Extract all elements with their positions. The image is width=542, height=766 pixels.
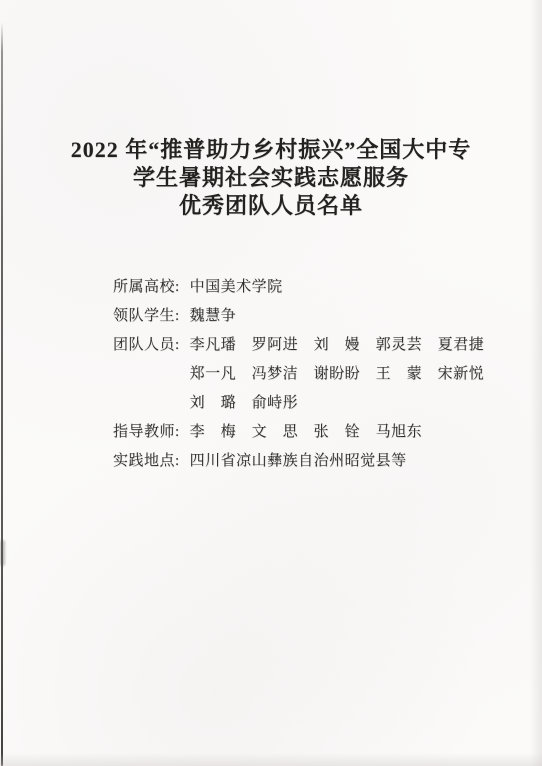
instructor-names: 李 梅 文 思 张 铨 马旭东 [190, 418, 542, 447]
field-value-practice-location: 四川省凉山彝族自治州昭觉县等 [190, 447, 542, 476]
document-title: 2022 年“推普助力乡村振兴”全国大中专 学生暑期社会实践志愿服务 优秀团队人… [0, 0, 542, 220]
team-leader-name: 魏慧争 [190, 302, 542, 331]
field-value-university: 中国美术学院 [190, 273, 542, 302]
field-row-team-leader: 领队学生: 魏慧争 [113, 302, 542, 331]
info-fields: 所属高校: 中国美术学院 领队学生: 魏慧争 团队人员: 李凡璠 罗阿进 刘 嫚… [113, 273, 542, 476]
field-value-team-leader: 魏慧争 [190, 302, 542, 331]
field-label-practice-location: 实践地点: [113, 447, 180, 476]
field-value-team-members: 李凡璠 罗阿进 刘 嫚 郭灵芸 夏君捷 郑一凡 冯梦洁 谢盼盼 王 蒙 宋新悦 … [190, 331, 542, 418]
scan-edge-line [1, 22, 3, 766]
field-label-instructors: 指导教师: [113, 418, 180, 447]
university-name: 中国美术学院 [190, 273, 542, 302]
field-label-university: 所属高校: [113, 273, 180, 302]
field-value-instructors: 李 梅 文 思 张 铨 马旭东 [190, 418, 542, 447]
field-row-team-members: 团队人员: 李凡璠 罗阿进 刘 嫚 郭灵芸 夏君捷 郑一凡 冯梦洁 谢盼盼 王 … [113, 331, 542, 418]
title-line-1: 2022 年“推普助力乡村振兴”全国大中专 [0, 136, 542, 164]
practice-location: 四川省凉山彝族自治州昭觉县等 [190, 447, 542, 476]
scanned-document-page: 2022 年“推普助力乡村振兴”全国大中专 学生暑期社会实践志愿服务 优秀团队人… [0, 0, 542, 766]
field-label-team-leader: 领队学生: [113, 302, 180, 331]
scan-edge-shadow-bottom [0, 753, 542, 766]
scan-edge-smudge [0, 540, 5, 566]
title-line-2: 学生暑期社会实践志愿服务 [0, 164, 542, 192]
field-row-instructors: 指导教师: 李 梅 文 思 张 铨 马旭东 [113, 418, 542, 447]
team-members-line-1: 李凡璠 罗阿进 刘 嫚 郭灵芸 夏君捷 [190, 331, 542, 360]
field-label-team-members: 团队人员: [113, 331, 180, 360]
title-line-3: 优秀团队人员名单 [0, 192, 542, 220]
field-row-university: 所属高校: 中国美术学院 [113, 273, 542, 302]
scan-edge-shadow-right [530, 0, 542, 766]
field-row-practice-location: 实践地点: 四川省凉山彝族自治州昭觉县等 [113, 447, 542, 476]
team-members-line-3: 刘 璐 俞峙彤 [190, 389, 542, 418]
team-members-line-2: 郑一凡 冯梦洁 谢盼盼 王 蒙 宋新悦 [190, 360, 542, 389]
